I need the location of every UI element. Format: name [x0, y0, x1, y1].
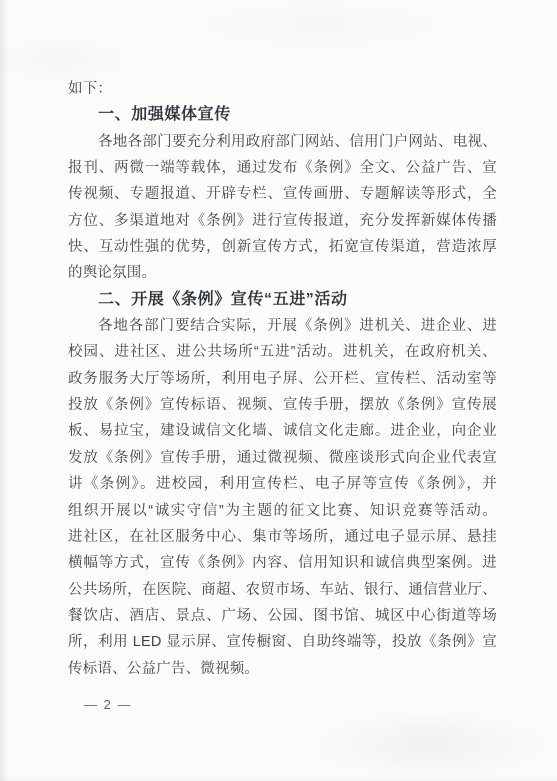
paragraph-line: 组织开展以“诚实守信”为主题的征文比赛、知识竞赛等活动。 — [68, 498, 497, 524]
sections-container: 一、加强媒体宣传各地各部门要充分利用政府部门网站、信用门户网站、电视、报刊、两微… — [68, 102, 497, 682]
paragraph-line: 政务服务大厅等场所，利用电子屏、公开栏、宣传栏、活动室等 — [68, 366, 497, 392]
section-heading: 二、开展《条例》宣传“五进”活动 — [68, 287, 497, 313]
paragraph-line: 各地各部门要结合实际，开展《条例》进机关、进企业、进 — [68, 313, 497, 339]
paragraph-line: 板、易拉宝，建设诚信文化墙、诚信文化走廊。进企业，向企业 — [68, 418, 497, 444]
paragraph-line: 进社区，在社区服务中心、集市等场所，通过电子显示屏、悬挂 — [68, 524, 497, 550]
paragraph-line: 报刊、两微一端等载体，通过发布《条例》全文、公益广告、宣 — [68, 155, 497, 181]
paragraph-line: 的舆论氛围。 — [68, 260, 497, 286]
paragraph-line: 传视频、专题报道、开辟专栏、宣传画册、专题解读等形式，全 — [68, 181, 497, 207]
intro-text: 如下： — [68, 76, 497, 102]
paragraph-line: 传标语、公益广告、微视频。 — [68, 656, 497, 682]
paragraph-line: 各地各部门要充分利用政府部门网站、信用门户网站、电视、 — [68, 129, 497, 155]
paragraph-line: 讲《条例》。进校园，利用宣传栏、电子屏等宣传《条例》，并 — [68, 471, 497, 497]
paragraph-line: 横幅等方式，宣传《条例》内容、信用知识和诚信典型案例。进 — [68, 550, 497, 576]
document-content: 如下： 一、加强媒体宣传各地各部门要充分利用政府部门网站、信用门户网站、电视、报… — [68, 76, 497, 682]
paragraph-line: 餐饮店、酒店、景点、广场、公园、图书馆、城区中心街道等场 — [68, 603, 497, 629]
document-page: 如下： 一、加强媒体宣传各地各部门要充分利用政府部门网站、信用门户网站、电视、报… — [0, 0, 557, 781]
paragraph-line: 校园、进社区、进公共场所“五进”活动。进机关，在政府机关、 — [68, 339, 497, 365]
paragraph-line: 方位、多渠道地对《条例》进行宣传报道，充分发挥新媒体传播 — [68, 208, 497, 234]
paragraph-line: 快、互动性强的优势，创新宣传方式，拓宽宣传渠道，营造浓厚 — [68, 234, 497, 260]
paragraph-line: 发放《条例》宣传手册，通过微视频、微座谈形式向企业代表宣 — [68, 445, 497, 471]
paragraph-line: 投放《条例》宣传标语、视频、宣传手册，摆放《条例》宣传展 — [68, 392, 497, 418]
section-heading: 一、加强媒体宣传 — [68, 102, 497, 128]
page-number: — 2 — — [84, 697, 132, 712]
paragraph-line: 所，利用 LED 显示屏、宣传橱窗、自助终端等，投放《条例》宣 — [68, 629, 497, 655]
paragraph-line: 公共场所，在医院、商超、农贸市场、车站、银行、通信营业厅、 — [68, 577, 497, 603]
